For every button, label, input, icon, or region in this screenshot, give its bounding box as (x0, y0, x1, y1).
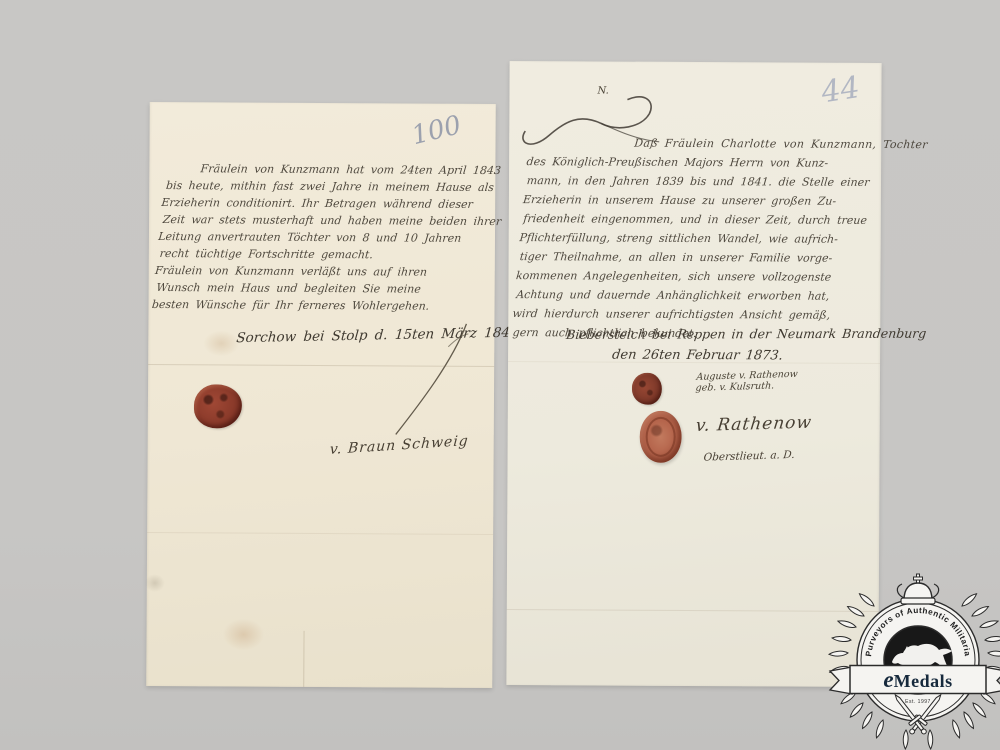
wax-seal-left (194, 384, 242, 428)
handwriting-left: Fräulein von Kunzmann hat vom 24ten Apri… (151, 160, 485, 315)
wax-seal-small (632, 373, 662, 405)
dateline-right-1: Biebersteich bei Reppen in der Neumark B… (565, 326, 927, 342)
body-line: Achtung und dauernde Anhänglichkeit erwo… (515, 285, 859, 306)
signature-left: v. Braun Schweig (329, 433, 469, 458)
emedals-watermark: Purveyors of Authentic Militaria eMedals… (826, 556, 1000, 750)
body-line: Fräulein von Kunzmann hat vom 24ten Apri… (164, 160, 486, 179)
pencil-number-right: 44 (819, 70, 862, 110)
body-line: Wunsch mein Haus und begleiten Sie meine (156, 279, 475, 298)
dateline-left: Sorchow bei Stolp d. 15ten März 1845. (236, 324, 524, 346)
handwriting-right: Daß Fräulein Charlotte von Kunzmann, Toc… (510, 133, 873, 344)
fold-line (507, 609, 879, 612)
fold-line (303, 631, 304, 687)
stain (203, 330, 239, 356)
body-line: Daß Fräulein Charlotte von Kunzmann, Toc… (529, 133, 873, 154)
seal-annotation-line: geb. v. Kulsruth. (695, 380, 797, 394)
stain (145, 574, 165, 592)
signature-right: v. Rathenow (695, 413, 813, 437)
photo-stage: 100 Fräulein von Kunzmann hat vom 24ten … (0, 0, 1000, 750)
body-line: friedenheit eingenommen, und in dieser Z… (522, 209, 866, 230)
brand-text: eMedals (883, 667, 952, 692)
body-line: recht tüchtige Fortschritte gemacht. (159, 245, 478, 264)
corner-mark: N. (597, 85, 608, 96)
fold-line (508, 361, 880, 364)
body-line: mann, in den Jahren 1839 bis und 1841. d… (526, 171, 870, 192)
wax-seal-large (640, 411, 682, 463)
body-line: Zeit war stets musterhaft und haben mein… (162, 211, 481, 230)
body-line: Erzieherin conditionirt. Ihr Betragen wä… (161, 194, 483, 213)
body-line: Fräulein von Kunzmann verläßt uns auf ih… (154, 262, 476, 281)
pencil-number-left: 100 (409, 110, 464, 151)
body-line: Leitung anvertrauten Töchter von 8 und 1… (157, 228, 479, 247)
signature-title: Oberstlieut. a. D. (703, 449, 795, 464)
fold-line (147, 532, 493, 535)
stain (222, 618, 264, 650)
seal-annotation: Auguste v. Rathenow geb. v. Kulsruth. (695, 369, 798, 394)
body-line: Erzieherin in unserem Hause zu unserer g… (522, 190, 868, 211)
body-line: besten Wünsche für Ihr ferneres Wohlerge… (151, 296, 473, 315)
seal-inner-ring (646, 417, 676, 457)
document-left: 100 Fräulein von Kunzmann hat vom 24ten … (146, 102, 496, 688)
fold-line (148, 364, 494, 367)
body-line: bis heute, mithin fast zwei Jahre in mei… (165, 177, 484, 196)
body-line: des Königlich-Preußischen Majors Herrn v… (526, 152, 872, 173)
body-line: wird hierdurch unserer aufrichtigsten An… (512, 304, 858, 325)
body-line: Pflichterfüllung, streng sittlichen Wand… (519, 228, 865, 249)
established-text: Est. 1997 (905, 699, 931, 705)
crown-icon (897, 574, 938, 604)
body-line: kommenen Angelegenheiten, sich unsere vo… (515, 266, 861, 287)
body-line: tiger Theilnahme, an allen in unserer Fa… (519, 247, 863, 268)
banner-ribbon: eMedals (830, 666, 1000, 695)
